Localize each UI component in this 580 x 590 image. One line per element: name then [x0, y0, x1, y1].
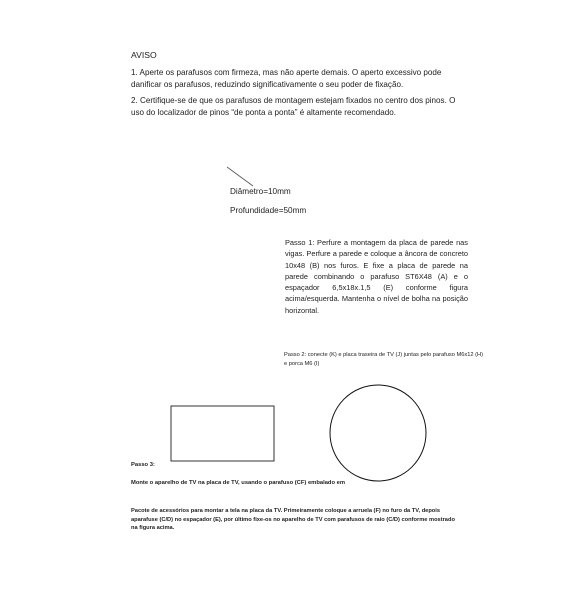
- drill-depth-label: Profundidade=50mm: [230, 206, 306, 215]
- step-1-text: Passo 1: Perfure a montagem da placa de …: [285, 237, 468, 316]
- tv-plate-rectangle: [171, 406, 274, 461]
- drill-diameter-label: Diâmetro=10mm: [230, 187, 291, 196]
- step-2-text: Passo 2: conecte (K) e placa traseira de…: [284, 351, 484, 368]
- drill-pointer-line: [227, 167, 253, 186]
- accessory-package-note: Pacote de acessórios para montar a tela …: [131, 507, 461, 533]
- step-3-text: Monte o aparelho de TV na placa de TV, u…: [131, 480, 345, 486]
- mount-circle: [330, 385, 426, 481]
- step-3-title: Passo 3:: [131, 462, 155, 468]
